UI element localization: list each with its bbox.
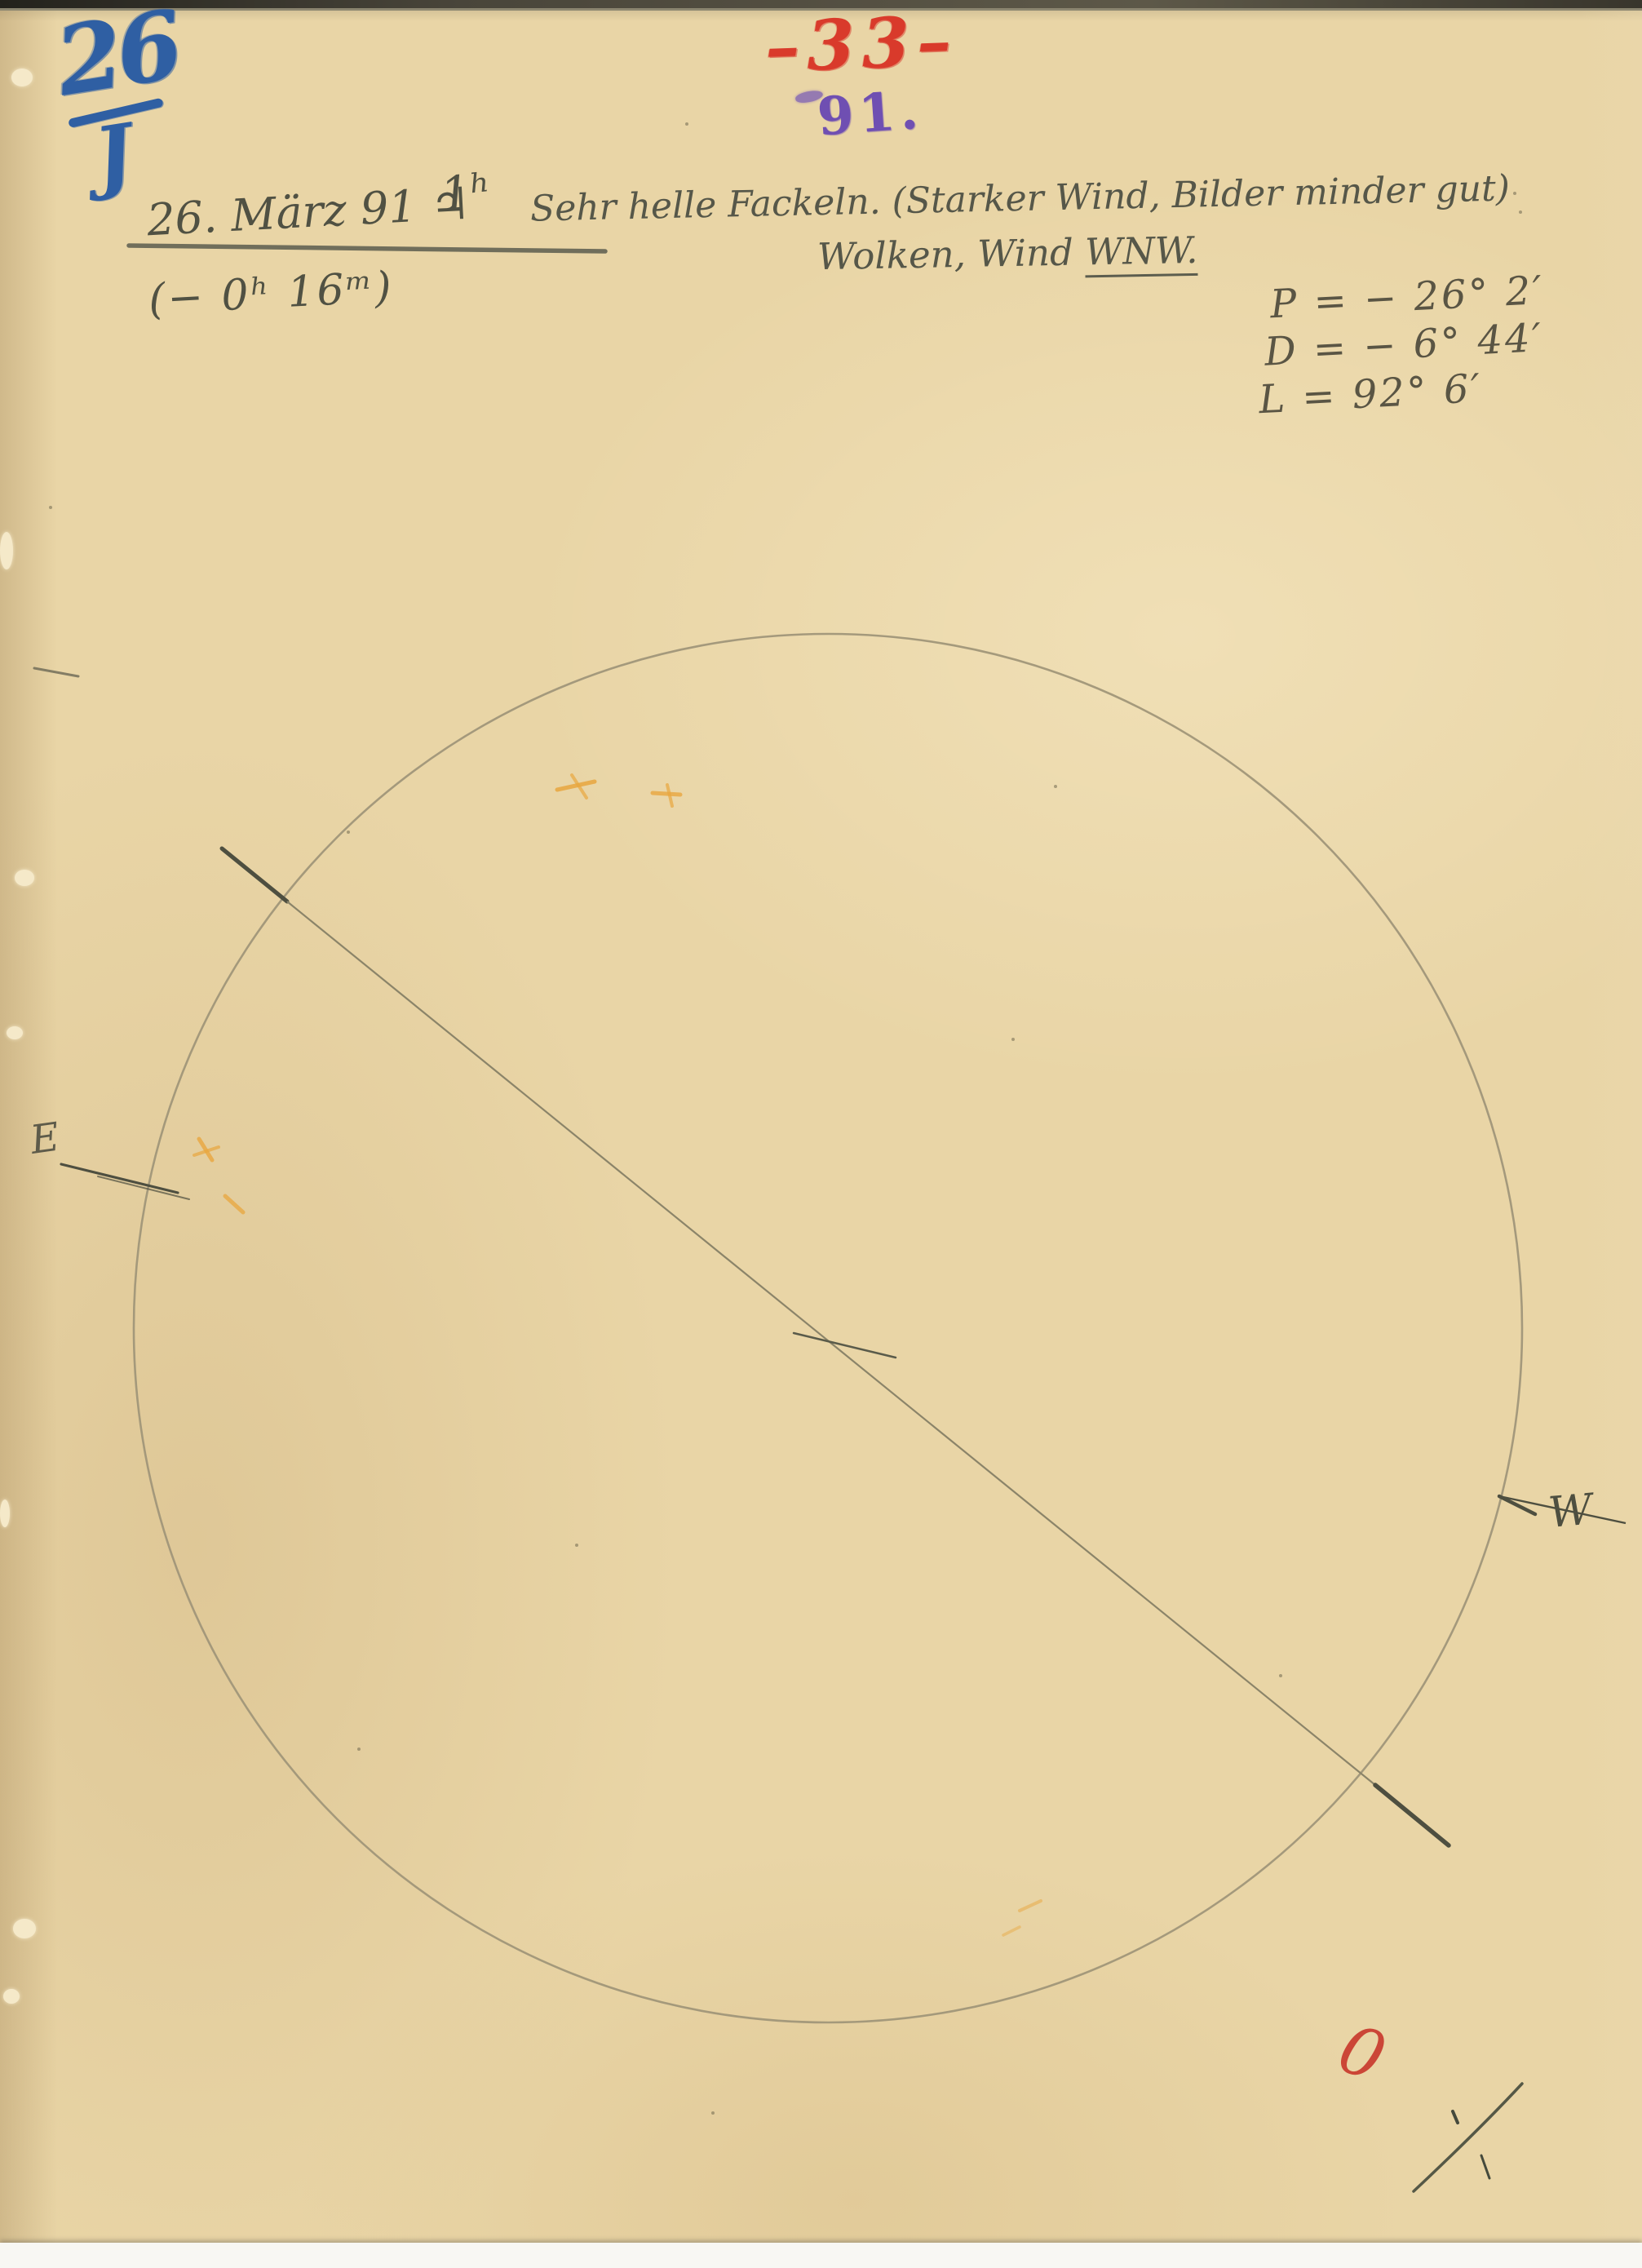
paper-speck xyxy=(1519,210,1522,214)
east-label: E xyxy=(27,1114,62,1163)
east-arrow-line-2 xyxy=(98,1176,189,1199)
sun-disk-drawing: E W 0 xyxy=(0,0,1642,2268)
red-zero-mark: 0 xyxy=(1329,2010,1396,2097)
paper-damage-spot xyxy=(3,1989,20,2004)
paper-speck xyxy=(685,122,688,126)
paper-speck xyxy=(49,506,52,509)
paper-damage-spot xyxy=(11,69,33,86)
paper-damage-spot xyxy=(0,532,13,569)
paper-speck xyxy=(1011,1038,1015,1041)
paper-speck xyxy=(711,2111,715,2115)
west-label: W xyxy=(1547,1485,1597,1538)
facula-marks xyxy=(194,775,1041,1935)
transit-line-upper-end xyxy=(222,848,287,901)
paper-damage-spot xyxy=(7,1026,23,1039)
facula-mark xyxy=(1003,1927,1020,1935)
paper-speck xyxy=(357,1748,361,1751)
paper-damage-spot xyxy=(0,1499,10,1527)
paper-damage-spot xyxy=(13,1919,36,1938)
paper-speck xyxy=(1054,785,1057,788)
corner-scratch xyxy=(1414,2084,1522,2191)
scan-bottom-edge xyxy=(0,2243,1642,2268)
transit-line xyxy=(287,901,1375,1785)
margin-tick xyxy=(34,668,78,676)
date-underline xyxy=(129,246,605,251)
paper-speck xyxy=(1513,192,1516,195)
paper-damage-spot xyxy=(15,870,34,886)
transit-line-lower-end xyxy=(1375,1785,1449,1845)
paper-speck xyxy=(347,831,350,834)
east-arrow-line xyxy=(61,1164,178,1193)
observation-sheet: 26 J –33– 91. 26. März 91 ♃ 1ʰ Sehr hell… xyxy=(0,0,1642,2268)
west-arrowhead xyxy=(1499,1496,1535,1514)
paper-speck xyxy=(575,1544,578,1547)
corner-scratch-tick xyxy=(1481,2155,1489,2178)
facula-mark xyxy=(653,793,680,795)
facula-mark xyxy=(1020,1901,1041,1911)
facula-mark xyxy=(225,1196,243,1212)
paper-speck xyxy=(1279,1674,1282,1677)
solar-disk-circle xyxy=(134,634,1522,2022)
corner-scratch-tick xyxy=(1453,2111,1458,2123)
